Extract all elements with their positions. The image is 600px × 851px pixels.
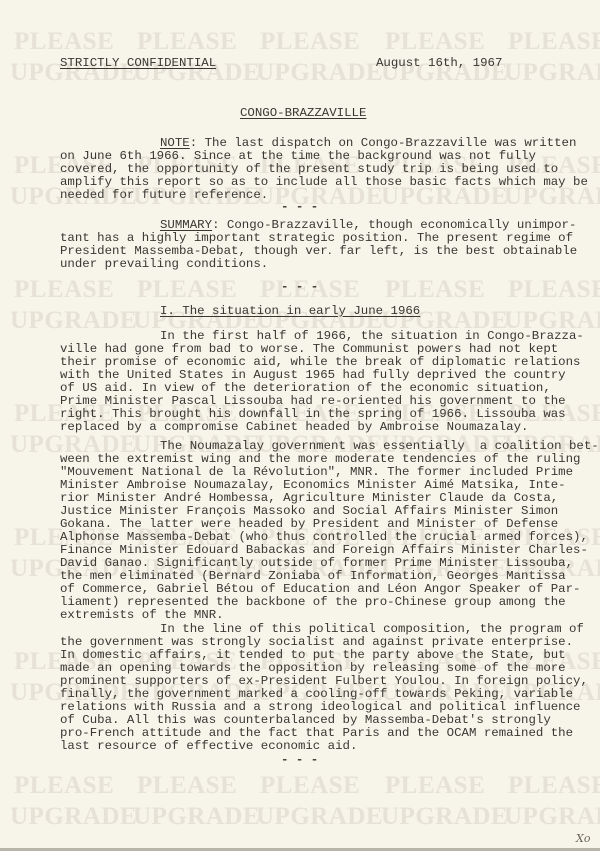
classification-label: STRICTLY CONFIDENTIAL bbox=[60, 57, 216, 70]
document-date: August 16th, 1967 bbox=[376, 57, 502, 70]
page-mark: Xo bbox=[576, 832, 590, 845]
section-heading: I. The situation in early June 1966 bbox=[160, 305, 420, 318]
note-line: needed for future reference. bbox=[60, 189, 268, 202]
document-title: CONGO-BRAZZAVILLE bbox=[240, 107, 366, 120]
separator: - - - bbox=[281, 281, 318, 294]
document-page: PLEASEUPGRADEPLEASEUPGRADEPLEASEUPGRADEP… bbox=[0, 0, 600, 851]
paragraph-line: replaced by a compromise Cabinet headed … bbox=[60, 421, 528, 434]
separator: - - - bbox=[281, 201, 318, 214]
paragraph-line: last resource of effective economic aid. bbox=[60, 740, 357, 753]
document-body: STRICTLY CONFIDENTIAL August 16th, 1967 … bbox=[0, 0, 600, 851]
separator: - - - bbox=[281, 754, 318, 767]
note-label: NOTE bbox=[160, 136, 190, 150]
paragraph-line: extremists of the MNR. bbox=[60, 609, 224, 622]
summary-line: under prevailing conditions. bbox=[60, 258, 268, 271]
summary-label: SUMMARY bbox=[160, 218, 212, 232]
